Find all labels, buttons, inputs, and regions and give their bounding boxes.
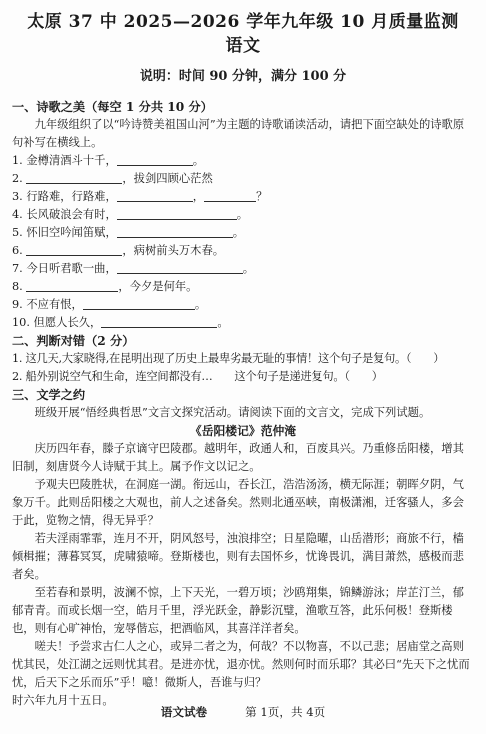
- answer-blank: [117, 191, 193, 202]
- poetry-item: 8. ，今夕是何年。: [12, 278, 474, 296]
- essay-body: 庆历四年春，滕子京谪守巴陵郡。越明年，政通人和，百废具兴。乃重修岳阳楼，增其旧制…: [12, 440, 474, 710]
- literature-intro: 班级开展“悟经典哲思”文言文探究活动。请阅读下面的文言文，完成下列试题。: [12, 404, 474, 422]
- answer-blank: [26, 245, 122, 256]
- poetry-item: 9. 不应有恨，。: [12, 296, 474, 314]
- poetry-item: 5. 怀旧空吟闻笛赋，。: [12, 224, 474, 242]
- answer-blank: [117, 155, 193, 166]
- judge-item: 2. 船外别说空气和生命，连空间都没有… 这个句子是递进复句。（ ）: [12, 368, 474, 386]
- section3-heading: 三、文学之约: [12, 386, 474, 404]
- page-title: 太原 37 中 2025—2026 学年九年级 10 月质量监测 语文: [12, 10, 474, 58]
- answer-blank: [83, 299, 195, 310]
- answer-blank: [101, 317, 217, 328]
- poetry-item: 10. 但愿人长久，。: [12, 314, 474, 332]
- answer-blank: [117, 209, 237, 220]
- essay-paragraph: 庆历四年春，滕子京谪守巴陵郡。越明年，政通人和，百废具兴。乃重修岳阳楼，增其旧制…: [12, 440, 474, 476]
- poetry-item: 1. 金樽清酒斗十千，。: [12, 152, 474, 170]
- answer-blank: [204, 191, 256, 202]
- answer-blank: [26, 173, 122, 184]
- answer-blank: [117, 227, 233, 238]
- judge-list: 1. 这几天,大家晓得,在昆明出现了历史上最卑劣最无耻的事情！这个句子是复句。（…: [12, 350, 474, 386]
- poetry-item: 2. ，拔剑四顾心茫然: [12, 170, 474, 188]
- section2-heading: 二、判断对错（2 分）: [12, 332, 474, 350]
- answer-blank: [26, 281, 118, 292]
- essay-paragraph: 若夫淫雨霏霏，连月不开，阴风怒号，浊浪排空；日星隐曜，山岳潜形；商旅不行，樯倾楫…: [12, 530, 474, 584]
- answer-blank: [117, 263, 243, 274]
- poetry-item: 7. 今日听君歌一曲，。: [12, 260, 474, 278]
- page-footer: 语文试卷第 1页，共 4页: [0, 704, 486, 720]
- exam-page: 太原 37 中 2025—2026 学年九年级 10 月质量监测 语文 说明：时…: [0, 0, 486, 734]
- poetry-item: 4. 长风破浪会有时，。: [12, 206, 474, 224]
- essay-paragraph: 至若春和景明，波澜不惊，上下天光，一碧万顷；沙鸥翔集，锦鳞游泳；岸芷汀兰，郁郁青…: [12, 584, 474, 638]
- poetry-intro: 九年级组织了以“吟诗赞美祖国山河”为主题的诗歌诵读活动，请把下面空缺处的诗歌原句…: [12, 116, 474, 152]
- essay-title: 《岳阳楼记》范仲淹: [12, 422, 474, 440]
- exam-instructions: 说明：时间 90 分钟，满分 100 分: [12, 68, 474, 86]
- footer-paper-name: 语文试卷: [161, 705, 207, 719]
- section1-heading: 一、诗歌之美（每空 1 分共 10 分）: [12, 98, 474, 116]
- essay-paragraph: 予观夫巴陵胜状，在洞庭一湖。衔远山，吞长江，浩浩汤汤，横无际涯；朝晖夕阴，气象万…: [12, 476, 474, 530]
- judge-item: 1. 这几天,大家晓得,在昆明出现了历史上最卑劣最无耻的事情！这个句子是复句。（…: [12, 350, 474, 368]
- footer-page-info: 第 1页，共 4页: [245, 705, 325, 719]
- poetry-item: 6. ，病树前头万木春。: [12, 242, 474, 260]
- essay-paragraph: 嗟夫！予尝求古仁人之心，或异二者之为，何哉？不以物喜，不以己悲；居庙堂之高则忧其…: [12, 638, 474, 692]
- poetry-list: 1. 金樽清酒斗十千，。2. ，拔剑四顾心茫然3. 行路难，行路难，，？4. 长…: [12, 152, 474, 332]
- poetry-item: 3. 行路难，行路难，，？: [12, 188, 474, 206]
